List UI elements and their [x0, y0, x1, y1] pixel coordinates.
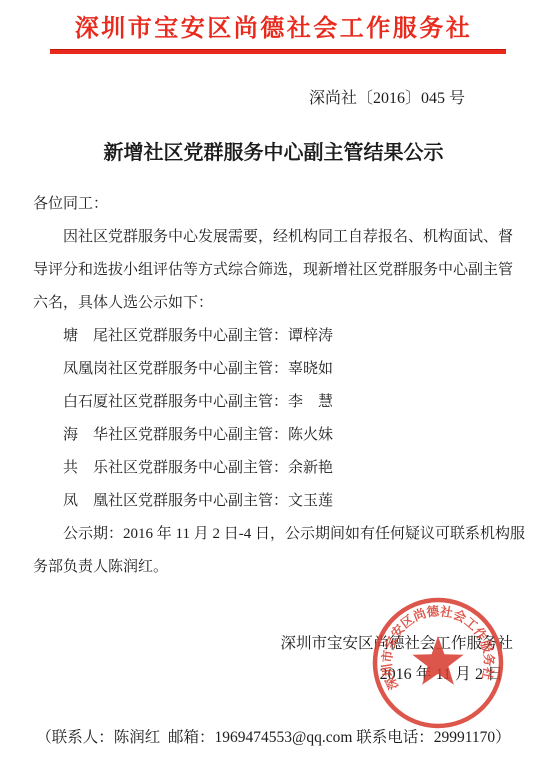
appointment-line: 凤凰岗社区党群服务中心副主管：辜晓如 — [33, 353, 514, 386]
appointment-line: 共 乐社区党群服务中心副主管：余新艳 — [33, 452, 514, 485]
appointment-line: 凤 凰社区党群服务中心副主管：文玉莲 — [33, 485, 514, 518]
appointment-line: 海 华社区党群服务中心副主管：陈火妹 — [33, 419, 514, 452]
contact-footer: （联系人：陈润红 邮箱：1969474553@qq.com 联系电话：29991… — [0, 726, 547, 750]
notice-line: 公示期：2016 年 11 月 2 日-4 日，公示期间如有任何疑议可联系机构服 — [33, 518, 514, 551]
document-body: 各位同工： 因社区党群服务中心发展需要，经机构同工自荐报名、机构面试、督 导评分… — [0, 188, 547, 584]
intro-line: 因社区党群服务中心发展需要，经机构同工自荐报名、机构面试、督 — [33, 221, 514, 254]
appointment-line: 塘 尾社区党群服务中心副主管：谭梓涛 — [33, 320, 514, 353]
intro-line: 导评分和选拔小组评估等方式综合筛选，现新增社区党群服务中心副主管 — [33, 254, 514, 287]
seal-star-icon — [412, 636, 463, 685]
appointment-line: 白石厦社区党群服务中心副主管：李 慧 — [33, 386, 514, 419]
official-seal-icon: 深圳市宝安区尚德社会工作服务社 — [370, 595, 506, 731]
notice-line: 务部负责人陈润红。 — [33, 551, 514, 584]
intro-line: 六名，具体人选公示如下： — [33, 287, 514, 320]
document-title: 新增社区党群服务中心副主管结果公示 — [0, 138, 547, 168]
salutation: 各位同工： — [33, 188, 514, 221]
letterhead-org-name: 深圳市宝安区尚德社会工作服务社 — [0, 0, 547, 46]
doc-number: 深尚社〔2016〕045 号 — [0, 88, 547, 110]
letterhead-divider — [50, 49, 506, 54]
document-page: 深圳市宝安区尚德社会工作服务社 深尚社〔2016〕045 号 新增社区党群服务中… — [0, 0, 547, 758]
